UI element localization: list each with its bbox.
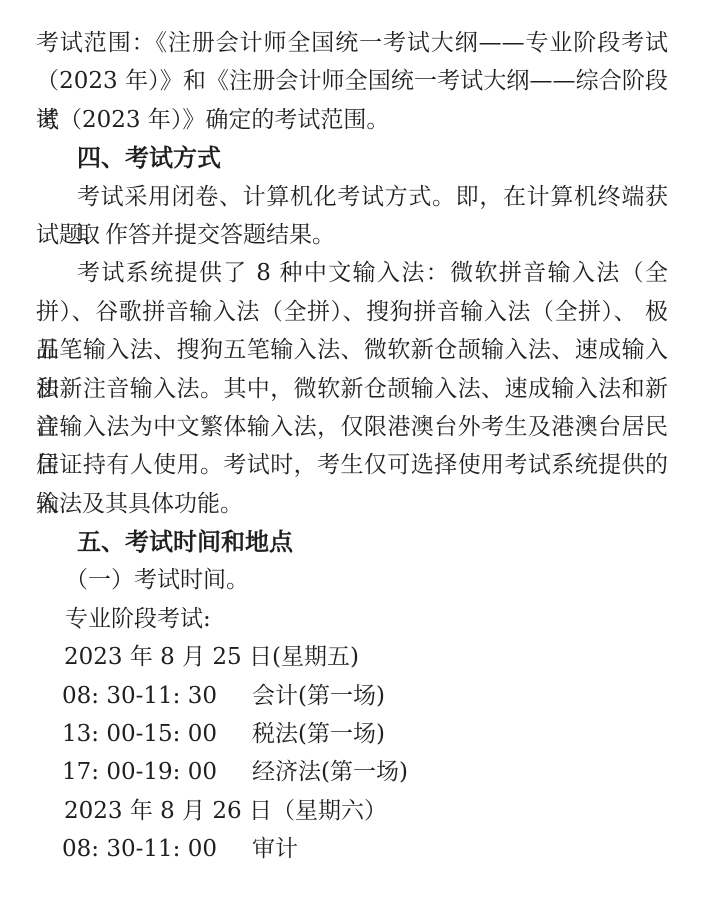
session-subject: 会计(第一场)	[252, 683, 385, 709]
document-page: 考试范围：《注册会计师全国统一考试大纲——专业阶段考试 （2023 年）》和《注…	[0, 0, 701, 901]
scope-paragraph-line: 考试范围：《注册会计师全国统一考试大纲——专业阶段考试	[36, 24, 668, 62]
section-4-paragraph-line: 考试采用闭卷、计算机化考试方式。即，在计算机终端获取	[36, 178, 668, 216]
session-subject: 经济法(第一场)	[252, 759, 408, 785]
input-methods-paragraph-line: 音输入法为中文繁体输入法，仅限港澳台外考生及港澳台居民居	[36, 408, 668, 446]
exam-date-day2: 2023 年 8 月 26 日（星期六）	[36, 792, 668, 830]
schedule-row: 08: 30-11: 30会计(第一场)	[36, 677, 668, 715]
input-methods-paragraph-line: 住证持有人使用。考试时，考生仅可选择使用考试系统提供的输	[36, 446, 668, 484]
schedule-row: 08: 30-11: 00审计	[36, 830, 668, 868]
section-4-heading: 四、考试方式	[36, 139, 668, 177]
document-content: 考试范围：《注册会计师全国统一考试大纲——专业阶段考试 （2023 年）》和《注…	[36, 24, 668, 869]
input-methods-paragraph-line: 五笔输入法、搜狗五笔输入法、微软新仓颉输入法、速成输入法	[36, 331, 668, 369]
scope-paragraph-line: （2023 年）》和《注册会计师全国统一考试大纲——综合阶段考	[36, 62, 668, 100]
exam-date-day1: 2023 年 8 月 25 日(星期五)	[36, 638, 668, 676]
session-time: 17: 00-19: 00	[62, 753, 252, 791]
scope-paragraph-line: 试（2023 年）》确定的考试范围。	[36, 101, 668, 139]
input-methods-paragraph-line: 拼）、谷歌拼音输入法（全拼）、搜狗拼音输入法（全拼）、 极品	[36, 293, 668, 331]
session-time: 08: 30-11: 00	[62, 830, 252, 868]
session-time: 08: 30-11: 30	[62, 677, 252, 715]
schedule-row: 17: 00-19: 00经济法(第一场)	[36, 753, 668, 791]
session-subject: 审计	[252, 836, 298, 862]
section-5-heading: 五、考试时间和地点	[36, 523, 668, 561]
section-4-paragraph-line: 试题、作答并提交答题结果。	[36, 216, 668, 254]
session-time: 13: 00-15: 00	[62, 715, 252, 753]
schedule-row: 13: 00-15: 00税法(第一场)	[36, 715, 668, 753]
professional-stage-label: 专业阶段考试:	[36, 600, 668, 638]
exam-time-subheading: （一）考试时间。	[36, 561, 668, 599]
session-subject: 税法(第一场)	[252, 721, 385, 747]
input-methods-paragraph-line: 和新注音输入法。其中，微软新仓颉输入法、速成输入法和新注	[36, 370, 668, 408]
input-methods-paragraph-line: 考试系统提供了 8 种中文输入法：微软拼音输入法（全	[36, 254, 668, 292]
input-methods-paragraph-line: 入法及其具体功能。	[36, 485, 668, 523]
